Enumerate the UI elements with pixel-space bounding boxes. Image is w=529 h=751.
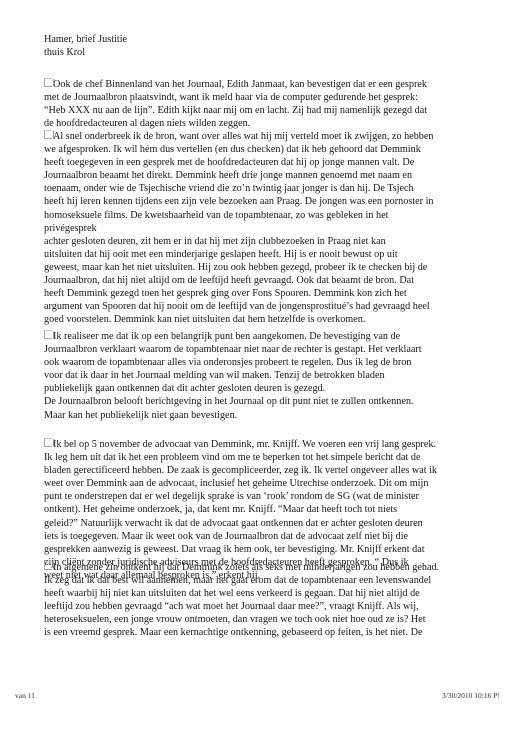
paragraph-line: Journaalbron beaamt het direkt. Demmink … [44,169,434,182]
paragraph-line: Ik leg hem uit dat ik het een probleem v… [44,451,437,464]
paragraph-line: heeft toegegeven in een gesprek met de h… [44,156,434,169]
paragraph-line: heeft Demmink gezegd toen het gesprek gi… [44,287,434,300]
paragraph-marker-icon [44,130,52,139]
document-page: Hamer, brief Justitie thuis Krol Ook de … [44,33,484,59]
paragraph-line: “Heb XXX nu aan de lijn”. Edith kijkt na… [44,104,427,117]
paragraph-line: uitsluiten dat hij ooit met een minderja… [44,248,434,261]
paragraph-line: met de Journaalbron plaatsvindt, want ik… [44,91,427,104]
paragraph-line: In algemene zin ontkent hij dat Demmink … [53,562,439,573]
paragraph-line: heeft waarbij hij niet kan uitsluiten da… [44,587,439,600]
document-header-title: Hamer, brief Justitie [44,33,484,46]
paragraph-line: bladen gerectificeerd hebben. De zaak is… [44,464,437,477]
paragraph-line: homoseksuele films. De kwetsbaarheid van… [44,209,434,222]
paragraph-line: publiekelijk gaan ontkennen dat dit acht… [44,382,422,395]
paragraph-line: Al snel onderbreek ik de bron, want over… [53,131,434,142]
paragraph-line: privégesprek [44,222,434,235]
paragraph-1: Ook de chef Binnenland van het Journaal,… [44,78,427,130]
paragraph-line: we afgesproken. Ik wil hém dus vertellen… [44,143,434,156]
paragraph-line: Ik zeg dat ik dat best wil aannemen, maa… [44,574,439,587]
paragraph-line: achter gesloten deuren, zit hem er in da… [44,235,434,248]
paragraph-marker-icon [44,78,52,87]
paragraph-line: Ook de chef Binnenland van het Journaal,… [53,79,427,90]
paragraph-line: de hoofdredacteuren al dagen niets wilde… [44,117,427,130]
paragraph-marker-icon [44,438,52,447]
paragraph-5: In algemene zin ontkent hij dat Demmink … [44,561,439,640]
paragraph-line: Ik bel op 5 november de advocaat van Dem… [53,439,436,450]
paragraph-line: Journaalbron, dat hij niet altijd om de … [44,274,434,287]
paragraph-2: Al snel onderbreek ik de bron, want over… [44,130,434,326]
paragraph-line: is een vreemd gesprek. Maar een kernacht… [44,626,439,639]
paragraph-line: geleid?” Natuurlijk verwacht ik dat de a… [44,517,437,530]
paragraph-line: punt te onderstrepen dat er wel degelijk… [44,490,437,503]
paragraph-line: De Journaalbron belooft berichtgeving in… [44,395,422,408]
paragraph-line: heteroseksuelen, een jonge vrouw ontmoet… [44,613,439,626]
paragraph-line: geweest, maar kan het niet uitsluiten. H… [44,261,434,274]
paragraph-line: leeftijd zou hebben gevraagd “ach wat mo… [44,600,439,613]
paragraph-line: goed voorstelen. Demmink kan niet uitslu… [44,313,434,326]
paragraph-marker-icon [44,330,52,339]
paragraph-line: Journaalbron verklaart waarom de topambt… [44,343,422,356]
paragraph-line: Ik realiseer me dat ik op een belangrijk… [53,331,400,342]
paragraph-line: iets is toegegeven. Maar ik weet ook van… [44,530,437,543]
paragraph-line: heeft hij leren kennen tijdens een zijn … [44,195,434,208]
paragraph-line: Maar kan het publiekelijk niet gaan beve… [44,409,422,422]
footer-timestamp: 3/30/2010 10:16 P! [442,691,500,700]
paragraph-line: weet over Demmink aan de advocaat, inclu… [44,477,437,490]
document-header-subtitle: thuis Krol [44,46,484,59]
paragraph-3: Ik realiseer me dat ik op een belangrijk… [44,330,422,422]
footer-page-label: van 11 [15,691,35,700]
paragraph-line: ontkent). Het geheime onderzoek, ja, dat… [44,503,437,516]
paragraph-line: voor dat ik daar in het Journaal melding… [44,369,422,382]
paragraph-line: toenaam, onder wie de Tsjechische vriend… [44,182,434,195]
paragraph-line: ook waarom de topambtenaar alles via ond… [44,356,422,369]
paragraph-line: argument van Spooren dat hij nooit om de… [44,300,434,313]
paragraph-line: gesprekken aanwezig is geweest. Dat vraa… [44,543,437,556]
paragraph-marker-icon [44,561,52,570]
